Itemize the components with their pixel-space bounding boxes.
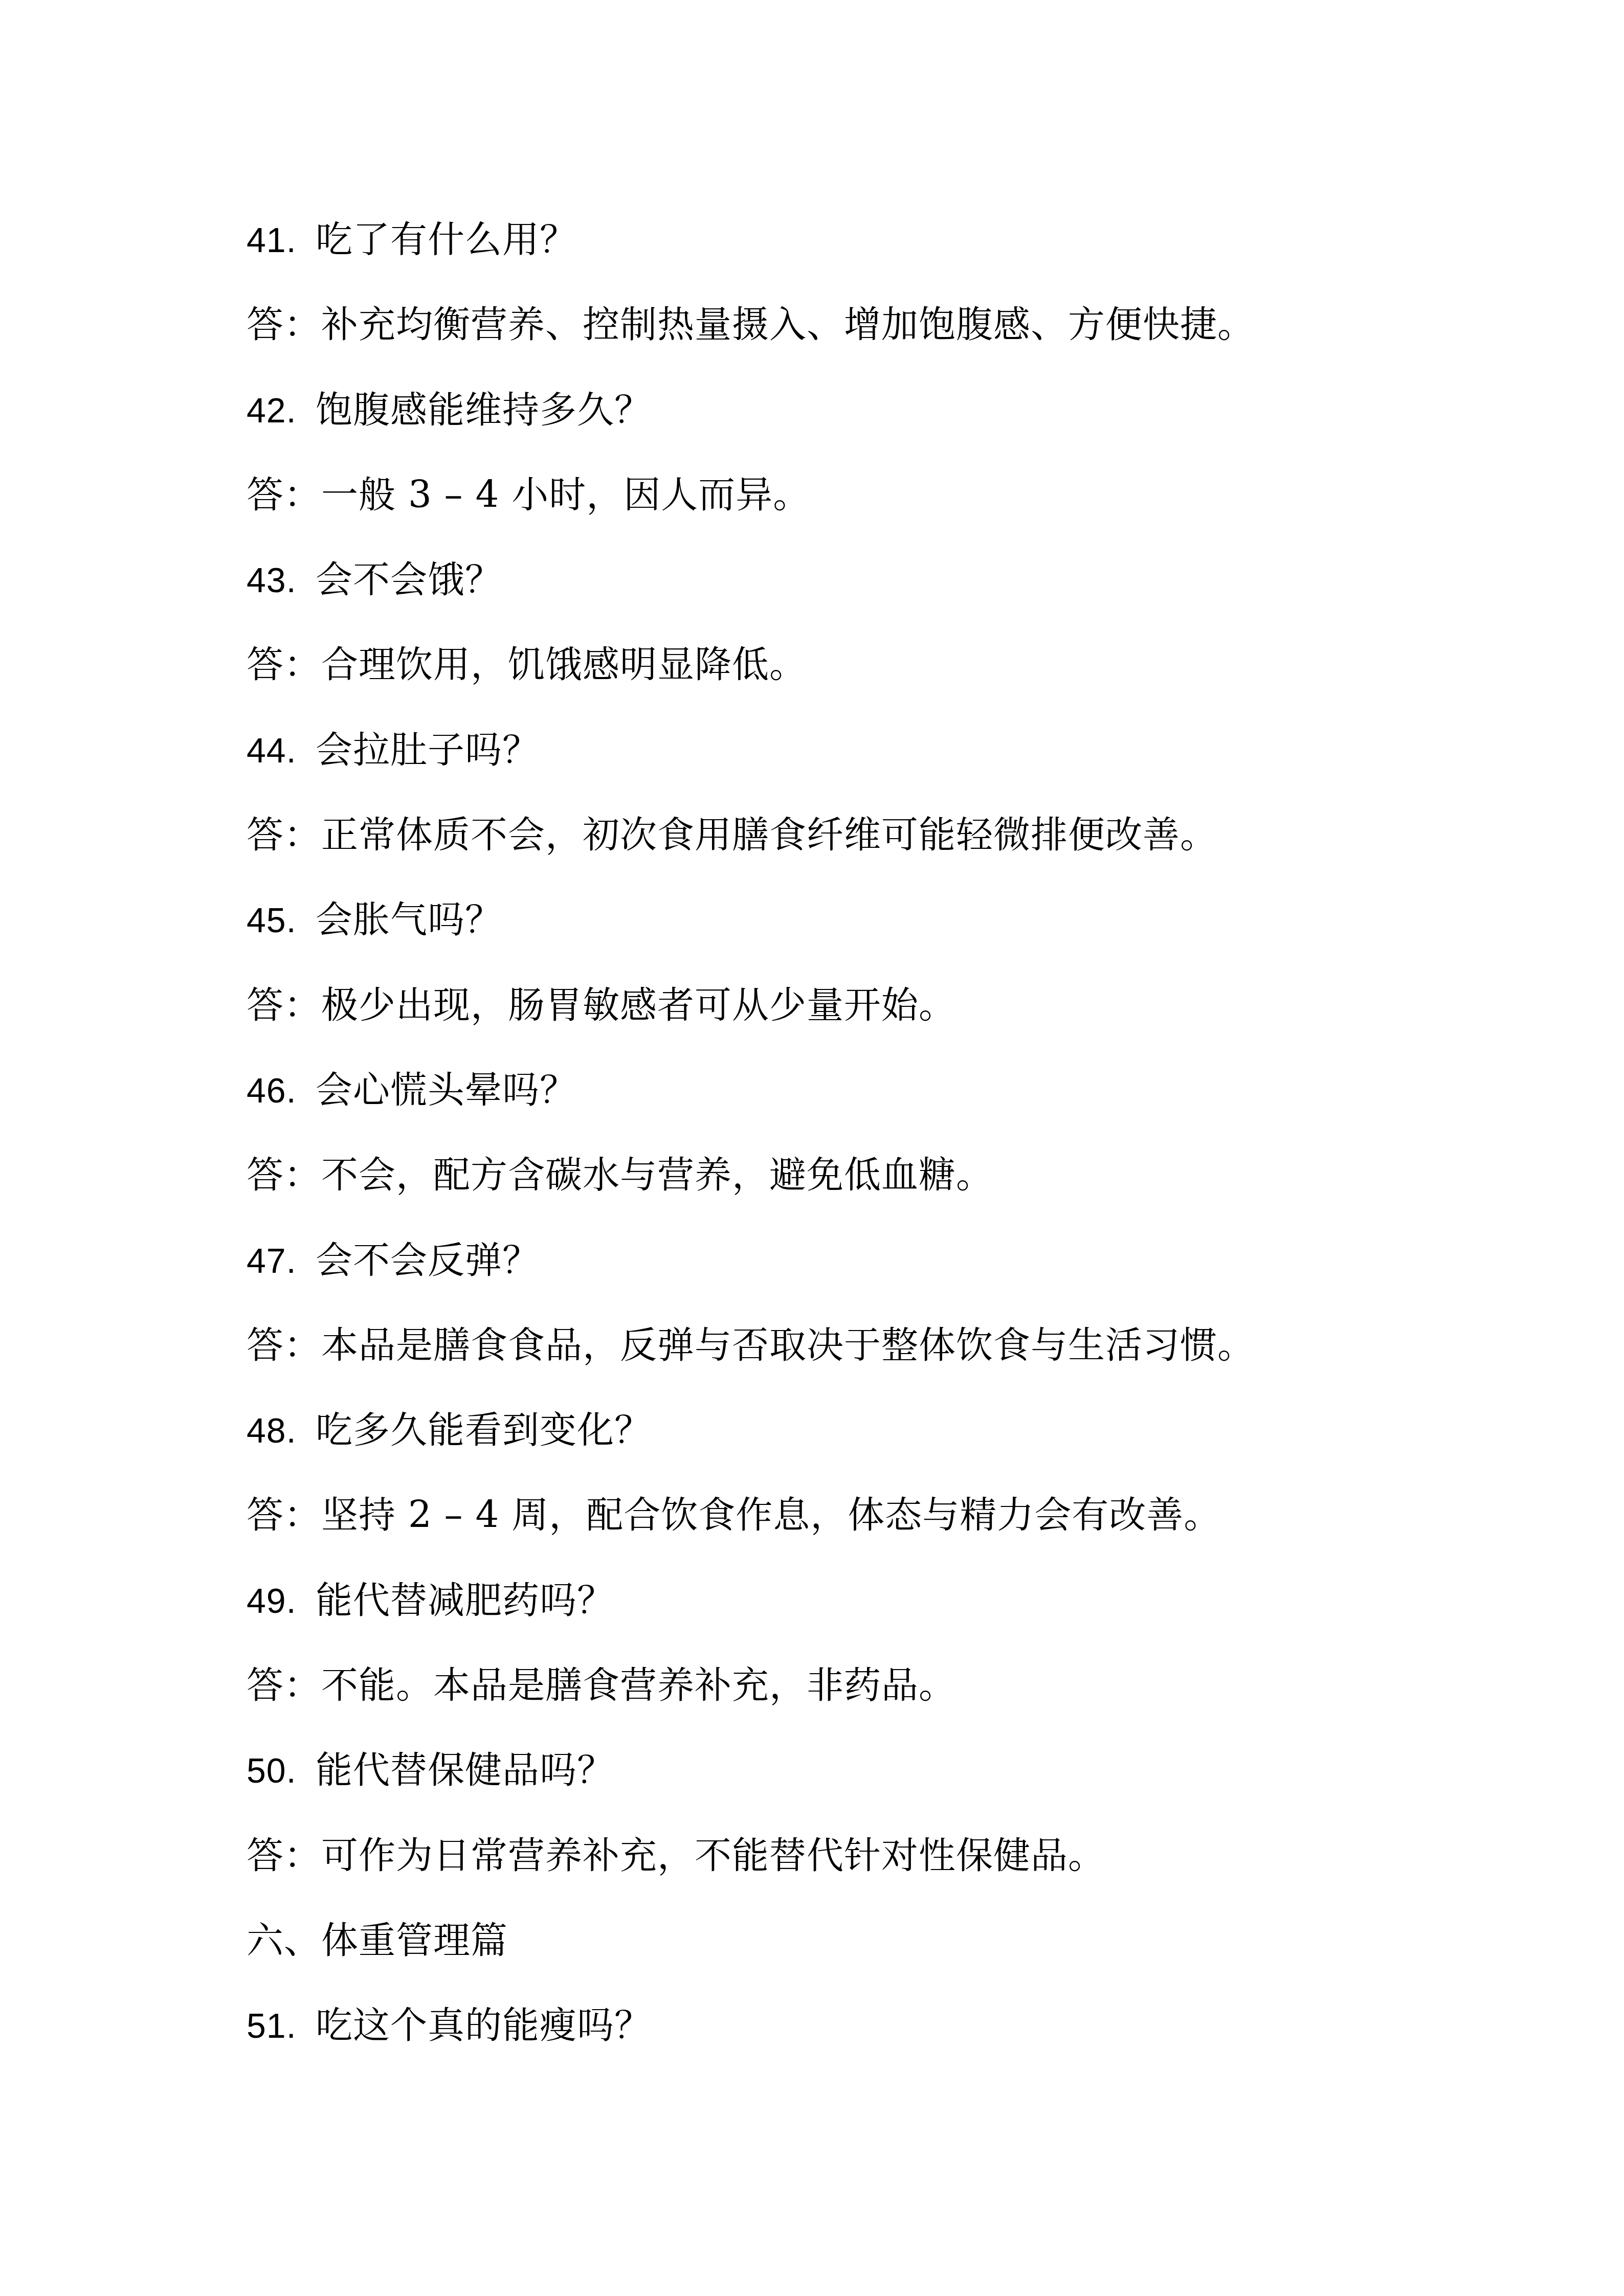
question-text: 会不会饿？ [316, 558, 502, 601]
question-48: 48.吃多久能看到变化？ [247, 1387, 1423, 1472]
question-44: 44.会拉肚子吗？ [247, 707, 1423, 792]
question-number: 45. [247, 878, 316, 963]
answer-text: 答：不会，配方含碳水与营养，避免低血糖。 [247, 1153, 993, 1196]
question-number: 48. [247, 1388, 316, 1473]
answer-text: 答：可作为日常营养补充，不能替代针对性保健品。 [247, 1834, 1105, 1877]
answer-text: 答：极少出现，肠胃敏感者可从少量开始。 [247, 983, 956, 1026]
answer-text: 答：坚持 2 – 4 周，配合饮食作息，体态与精力会有改善。 [247, 1493, 1221, 1536]
question-41: 41.吃了有什么用？ [247, 197, 1423, 282]
question-45: 45.会胀气吗？ [247, 877, 1423, 962]
answer-41: 答：补充均衡营养、控制热量摄入、增加饱腹感、方便快捷。 [247, 282, 1423, 367]
question-42: 42.饱腹感能维持多久？ [247, 367, 1423, 452]
answer-46: 答：不会，配方含碳水与营养，避免低血糖。 [247, 1132, 1423, 1217]
question-text: 能代替保健品吗？ [316, 1748, 614, 1791]
question-number: 49. [247, 1559, 316, 1644]
section-heading: 六、体重管理篇 [247, 1898, 1423, 1983]
question-text: 能代替减肥药吗？ [316, 1579, 614, 1622]
answer-47: 答：本品是膳食食品，反弹与否取决于整体饮食与生活习惯。 [247, 1302, 1423, 1387]
answer-50: 答：可作为日常营养补充，不能替代针对性保健品。 [247, 1813, 1423, 1898]
question-51: 51.吃这个真的能瘦吗？ [247, 1983, 1423, 2067]
question-number: 43. [247, 538, 316, 623]
question-number: 47. [247, 1219, 316, 1303]
answer-text: 答：合理饮用，饥饿感明显降低。 [247, 643, 807, 686]
section-heading-text: 六、体重管理篇 [247, 1919, 508, 1962]
answer-text: 答：不能。本品是膳食营养补充，非药品。 [247, 1663, 956, 1706]
question-49: 49.能代替减肥药吗？ [247, 1558, 1423, 1642]
question-number: 41. [247, 198, 316, 283]
question-number: 44. [247, 708, 316, 793]
question-text: 会不会反弹？ [316, 1239, 540, 1281]
question-46: 46.会心慌头晕吗？ [247, 1047, 1423, 1132]
answer-42: 答：一般 3 – 4 小时，因人而异。 [247, 452, 1423, 537]
answer-text: 答：正常体质不会，初次食用膳食纤维可能轻微排便改善。 [247, 813, 1217, 856]
question-text: 会胀气吗？ [316, 898, 502, 941]
question-50: 50.能代替保健品吗？ [247, 1727, 1423, 1812]
question-text: 吃这个真的能瘦吗？ [316, 2004, 652, 2046]
faq-content: 41.吃了有什么用？ 答：补充均衡营养、控制热量摄入、增加饱腹感、方便快捷。 4… [247, 197, 1423, 2068]
answer-text: 答：本品是膳食食品，反弹与否取决于整体饮食与生活习惯。 [247, 1323, 1255, 1366]
answer-44: 答：正常体质不会，初次食用膳食纤维可能轻微排便改善。 [247, 792, 1423, 877]
question-43: 43.会不会饿？ [247, 537, 1423, 622]
answer-text: 答：补充均衡营养、控制热量摄入、增加饱腹感、方便快捷。 [247, 303, 1255, 346]
question-text: 吃了有什么用？ [316, 218, 577, 261]
question-number: 46. [247, 1048, 316, 1133]
question-text: 饱腹感能维持多久？ [316, 388, 652, 431]
question-text: 会心慌头晕吗？ [316, 1068, 577, 1111]
answer-49: 答：不能。本品是膳食营养补充，非药品。 [247, 1642, 1423, 1727]
question-text: 吃多久能看到变化？ [316, 1408, 652, 1451]
answer-43: 答：合理饮用，饥饿感明显降低。 [247, 622, 1423, 707]
question-47: 47.会不会反弹？ [247, 1218, 1423, 1302]
question-number: 42. [247, 368, 316, 453]
question-number: 51. [247, 1984, 316, 2068]
question-number: 50. [247, 1728, 316, 1813]
answer-48: 答：坚持 2 – 4 周，配合饮食作息，体态与精力会有改善。 [247, 1472, 1423, 1557]
document-page: 41.吃了有什么用？ 答：补充均衡营养、控制热量摄入、增加饱腹感、方便快捷。 4… [0, 0, 1624, 2296]
answer-45: 答：极少出现，肠胃敏感者可从少量开始。 [247, 962, 1423, 1047]
answer-text: 答：一般 3 – 4 小时，因人而异。 [247, 473, 810, 516]
question-text: 会拉肚子吗？ [316, 728, 540, 771]
